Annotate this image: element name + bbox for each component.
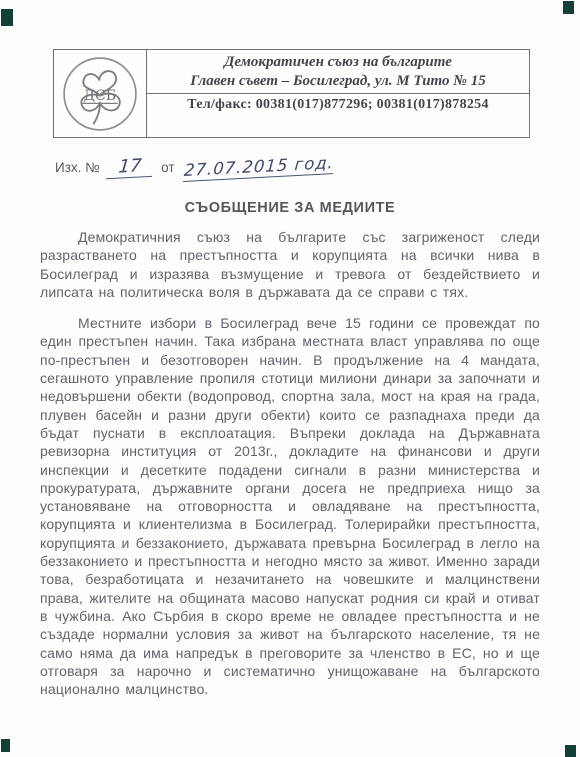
org-address: Главен съвет – Босилеград, ул. М Тито № … bbox=[153, 72, 523, 91]
letterhead: ДСБ Демократичен съюз на българите Главе… bbox=[53, 49, 530, 138]
document-title: СЪОБЩЕНИЕ ЗА МЕДИИТЕ bbox=[40, 200, 540, 216]
corner-mark bbox=[1, 739, 10, 752]
corner-mark bbox=[563, 1, 574, 14]
ref-number-label: Изх. № bbox=[55, 160, 100, 175]
ref-from-label: от bbox=[161, 160, 174, 175]
handwritten-date-text: 27.07.2015 год. bbox=[183, 153, 335, 182]
corner-mark bbox=[1, 9, 13, 26]
phone-line: Тел/факс: 00381(017)877296; 00381(017)87… bbox=[147, 94, 529, 116]
paragraph-2: Местните избори в Босилеград вече 15 год… bbox=[40, 314, 540, 698]
logo-cell: ДСБ bbox=[54, 50, 147, 137]
org-name: Демократичен съюз на българите bbox=[153, 53, 523, 72]
scanned-document-page: ДСБ Демократичен съюз на българите Главе… bbox=[0, 0, 580, 757]
handwritten-number: 17 bbox=[106, 155, 154, 180]
logo-text: ДСБ bbox=[84, 88, 116, 104]
letterhead-top: Демократичен съюз на българите Главен съ… bbox=[147, 50, 529, 94]
corner-mark bbox=[565, 745, 576, 757]
reference-line: Изх. № 17 от 27.07.2015 год. bbox=[55, 156, 334, 186]
dsb-clover-logo: ДСБ bbox=[61, 55, 139, 133]
paragraph-1: Демократичния съюз на българите със загр… bbox=[40, 228, 540, 301]
handwritten-date: 27.07.2015 год. bbox=[184, 153, 336, 180]
document-body: Демократичния съюз на българите със загр… bbox=[40, 228, 540, 711]
letterhead-text: Демократичен съюз на българите Главен съ… bbox=[147, 50, 529, 137]
